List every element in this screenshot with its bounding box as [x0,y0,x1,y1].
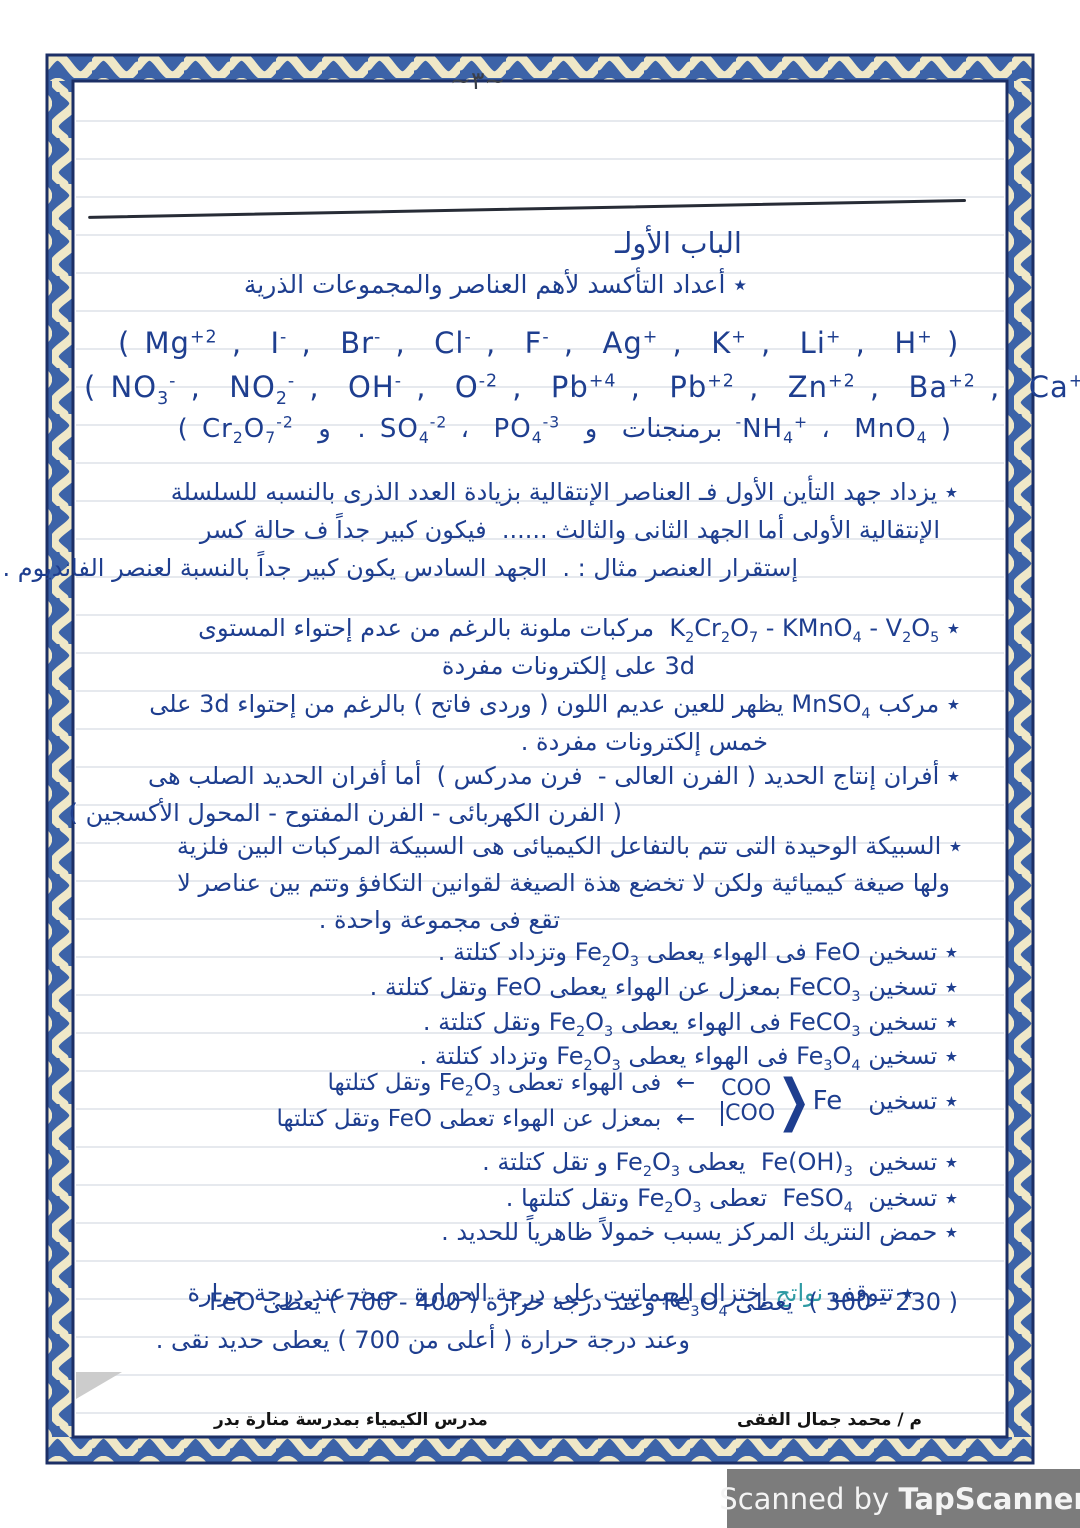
coo-bottom: COO [721,1101,775,1126]
oxalate-structure: COO COO ❯ Fe [721,1076,842,1127]
oxalate-heating-diagram: ٭ تسخين COO COO ❯ Fe ← فى الهواء تعطى Fe… [276,1070,958,1132]
note-hematite-line-3: وعند درجة حرارة ( أعلى من 700 ) يعطى حدي… [156,1326,690,1355]
ion-list-line-1: ( Mg+2 , I- , Br- , Cl- , F- , Ag+ , K+ … [118,326,959,360]
note-furnaces-line-1: ٭ أفران إنتاج الحديد ( الفرن العالى - فر… [148,762,960,791]
scanned-page: ~٣~ الباب الأولـ ٭ أعداد التأكسد لأهم ال… [0,0,1080,1528]
note-feoh3-heating: ٭ تسخين Fe(OH)3 يعطى Fe2O3 و تقل كتلتة . [482,1148,958,1177]
bond-angle-glyph: ❯ [777,1069,811,1133]
footer-teacher-name: م / محمد جمال الفقى [737,1410,922,1430]
note-furnaces-line-2: ( الفرن الكهربائى - الفرن المفتوح - المح… [69,799,622,828]
chapter-title: الباب الأولـ [615,226,742,260]
oxalate-branch-no-air: ← بمعزل عن الهواء تعطى FeO وتقل كتلتها [276,1106,695,1132]
note-mnso4-line-1: ٭ مركب MnSO4 يظهر للعين عديم اللون ( ورد… [149,690,960,719]
note-feso4-heating: ٭ تسخين FeSO4 تعطى Fe2O3 وتقل كتلتها . [506,1184,958,1213]
hand-drawn-rule [88,199,966,219]
note-feo-heating: ٭ تسخين FeO فى الهواء يعطى Fe2O3 وتزداد … [438,938,958,967]
note-colored-compounds-line-1: ٭ K2Cr2O7 - KMnO4 - V2O5 مركبات ملونة با… [198,614,960,643]
note-ionization-line-3: إستقرار العنصر مثال : . الجهد السادس يكو… [3,554,798,583]
oxalate-branch-air: ← فى الهواء تعطى Fe2O3 وتقل كتلتها [276,1070,695,1096]
note-fe3o4-heating: ٭ تسخين Fe3O4 فى الهواء يعطى Fe2O3 وتزدا… [419,1042,958,1071]
page-number: ~٣~ [450,66,505,95]
ion-list-line-3: ( NH4+ ، MnO4- برمنجنات و SO4-2 ، PO4-3 … [178,414,952,444]
note-mnso4-line-2: خمس إلكترونات مفردة . [521,728,768,757]
footer-school: مدرس الكيمياء بمدرسة منارة بدر [214,1410,488,1430]
scan-corner-artifact [76,1372,122,1399]
note-ionization-line-1: ٭ يزداد جهد التأين الأول فـ العناصر الإن… [171,478,958,507]
ion-list-line-2: ( NO3- , NO2- , OH- , O-2 , Pb+4 , Pb+2 … [84,370,1080,404]
note-alloy-line-2: ولها صيغة كيميائية ولكن لا تخضع هذة الصي… [177,869,950,898]
tapscanner-brand: TapScanner [898,1482,1080,1516]
note-alloy-line-1: ٭ السبيكة الوحيدة التى تتم بالتفاعل الكي… [177,832,962,861]
note-alloy-line-3: تقع فى مجموعة واحدة . [319,906,560,935]
tapscanner-watermark: Scanned by TapScanner [727,1469,1080,1528]
oxalate-label: ٭ تسخين [868,1087,958,1116]
fe-symbol: Fe [813,1086,843,1116]
note-feco3-air: ٭ تسخين FeCO3 فى الهواء يعطى Fe2O3 وتقل … [423,1008,958,1037]
note-feco3-no-air: ٭ تسخين FeCO3 بمعزل عن الهواء يعطى FeO و… [370,973,958,1002]
note-ionization-line-2: الإنتقالية الأولى أما الجهد الثانى والثا… [200,516,940,545]
chapter-subtitle: ٭ أعداد التأكسد لأهم العناصر والمجموعات … [244,270,747,299]
note-nitric-acid: ٭ حمض النتريك المركز يسبب خمولاً ظاهرياً… [441,1218,958,1247]
tapscanner-watermark-text: Scanned by TapScanner [719,1482,1080,1516]
note-hematite-line-2: ( 230 - 300 ) يعطى Fe3O4 وعند درجه حرارة… [209,1288,958,1317]
coo-top: COO [721,1076,771,1101]
note-colored-compounds-line-2: 3d على إلكترونات مفردة [442,652,695,681]
